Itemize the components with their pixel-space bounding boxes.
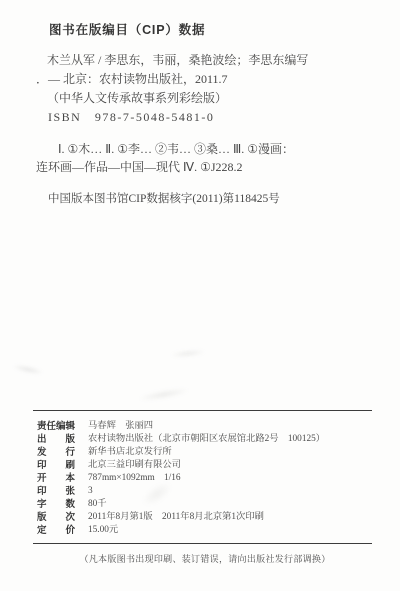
colophon-value: 787mm×1092mm 1/16 — [88, 472, 181, 485]
colophon-row-price: 定价15.00元 — [0, 524, 400, 537]
colophon-label: 发行 — [37, 446, 75, 459]
colophon-value: 农村读物出版社（北京市朝阳区农展馆北路2号 100125） — [88, 433, 325, 446]
colophon-row-sheets: 印张3 — [0, 485, 400, 498]
colophon-label: 印张 — [37, 485, 75, 498]
colophon-value: 马春辉 张丽四 — [88, 420, 153, 433]
colophon-row-distributor: 发行新华书店北京发行所 — [0, 446, 400, 459]
colophon-value: 2011年8月第1版 2011年8月北京第1次印刷 — [88, 511, 264, 524]
colophon-label: 责任编辑 — [37, 420, 75, 433]
colophon-value: 新华书店北京发行所 — [88, 446, 172, 459]
colophon-row-editor: 责任编辑马春辉 张丽四 — [0, 420, 400, 433]
scan-smudge — [138, 386, 191, 404]
cip-entry-isbn-line: ISBN 978-7-5048-5481-0 — [48, 109, 214, 125]
colophon-value: 北京三益印刷有限公司 — [88, 459, 181, 472]
scan-smudge — [12, 363, 45, 377]
colophon-table: 责任编辑马春辉 张丽四 出版农村读物出版社（北京市朝阳区农展馆北路2号 1001… — [0, 420, 400, 537]
cip-record-number: 中国版本图书馆CIP数据核字(2011)第118425号 — [48, 190, 280, 206]
colophon-value: 3 — [88, 485, 93, 498]
colophon-label: 定价 — [37, 524, 75, 537]
cip-classification-line-1: Ⅰ. ①木… Ⅱ. ①李… ②韦… ③桑… Ⅲ. ①漫画： — [58, 141, 294, 157]
divider-line-top — [33, 410, 372, 411]
colophon-row-format: 开本787mm×1092mm 1/16 — [0, 472, 400, 485]
book-copyright-page: 图书在版编目（CIP）数据 木兰从军 / 李思东，韦丽，桑艳波绘；李思东编写 ．… — [0, 0, 400, 591]
cip-heading: 图书在版编目（CIP）数据 — [49, 20, 205, 38]
cip-entry-publisher-line: ．— 北京：农村读物出版社，2011.7 — [36, 71, 228, 87]
colophon-label: 开本 — [37, 472, 75, 485]
cip-entry-series-line: （中华人文传承故事系列彩绘版） — [47, 90, 227, 106]
cip-classification-line-2: 连环画—作品—中国—现代 Ⅳ. ①J228.2 — [36, 159, 243, 175]
colophon-label: 印刷 — [37, 459, 75, 472]
colophon-row-printer: 印刷北京三益印刷有限公司 — [0, 459, 400, 472]
colophon-row-wordcount: 字数80千 — [0, 498, 400, 511]
colophon-row-edition: 版次2011年8月第1版 2011年8月北京第1次印刷 — [0, 511, 400, 524]
misprint-exchange-note: （凡本版图书出现印刷、装订错误，请向出版社发行部调换） — [10, 552, 400, 565]
divider-line-bottom — [33, 543, 372, 544]
colophon-label: 版次 — [37, 511, 75, 524]
colophon-label: 字数 — [37, 498, 75, 511]
colophon-value: 80千 — [88, 498, 107, 511]
colophon-row-publisher: 出版农村读物出版社（北京市朝阳区农展馆北路2号 100125） — [0, 433, 400, 446]
colophon-label: 出版 — [37, 433, 75, 446]
colophon-value: 15.00元 — [88, 524, 118, 537]
scan-smudge — [170, 348, 207, 359]
cip-entry-title-line: 木兰从军 / 李思东，韦丽，桑艳波绘；李思东编写 — [47, 52, 308, 68]
